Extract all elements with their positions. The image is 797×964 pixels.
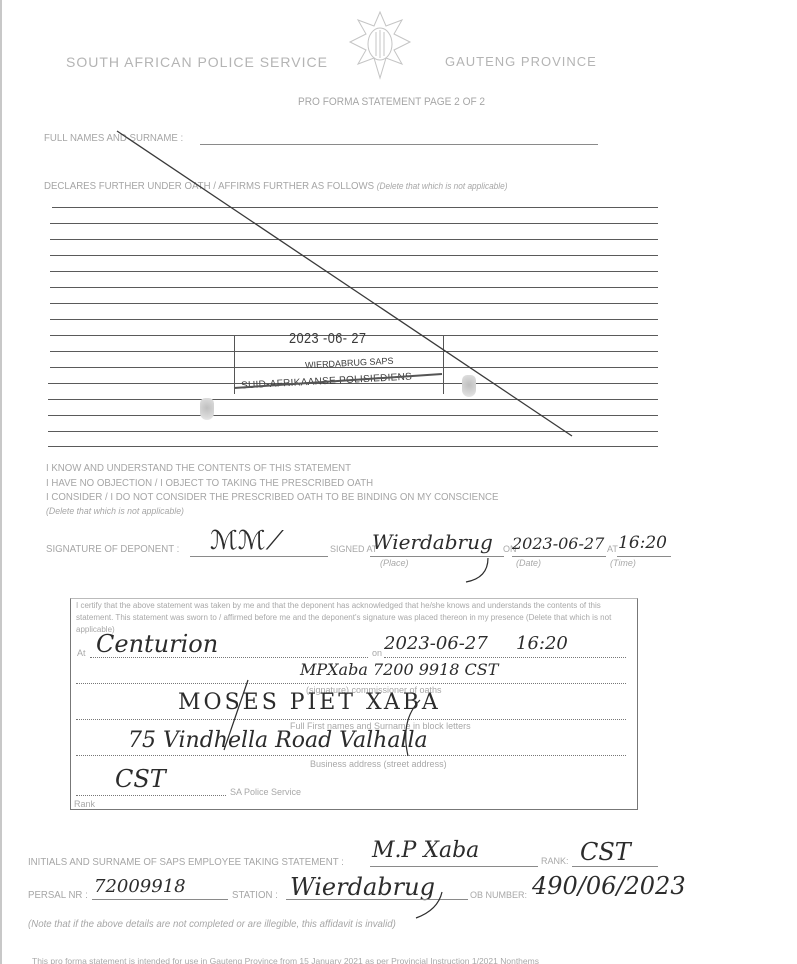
strike-through-overlay [0,0,797,964]
